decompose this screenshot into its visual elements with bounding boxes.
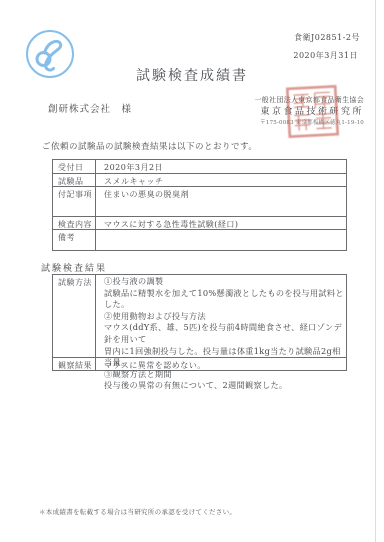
row-value: スメルキャッチ (96, 174, 346, 186)
table-row: 観察結果 マウスに異常を認めない。 (53, 357, 346, 370)
method-line: マウス(ddY系、雄、5匹)を投与前4時間絶食させ、経口ゾンデ針を用いて (104, 322, 346, 345)
table-row: 検査内容 マウスに対する急性毒性試験(経口) (53, 216, 346, 229)
method-line: ①投与液の調製 (104, 276, 346, 288)
row-label: 備考 (53, 230, 96, 250)
row-label: 試験方法 (53, 275, 96, 357)
method-line: ②使用動物および投与方法 (104, 311, 346, 323)
table-row: 試験方法 ①投与液の調製 試験品に精製水を加えて10%懸濁液としたものを投与用試… (53, 275, 346, 357)
issue-date: 2020年3月31日 (293, 50, 358, 61)
table-row: 備考 (53, 229, 346, 250)
method-line: 試験品に精製水を加えて10%懸濁液としたものを投与用試料とした。 (104, 288, 346, 311)
row-value: 住まいの悪臭の脱臭剤 (96, 187, 346, 216)
table-row: 受付日 2020年3月2日 (53, 160, 346, 173)
method-line: 投与後の異常の有無について、2週間観察した。 (104, 380, 346, 392)
results-table: 試験方法 ①投与液の調製 試験品に精製水を加えて10%懸濁液としたものを投与用試… (52, 274, 347, 371)
footnote: ＊本成績書を転載する場合は当研究所の承認を受けてください。 (39, 507, 236, 516)
method-description: ①投与液の調製 試験品に精製水を加えて10%懸濁液としたものを投与用試料とした。… (96, 275, 346, 357)
intro-line: ご依頼の試験品の試験検査結果は以下のとおりです。 (42, 140, 257, 152)
row-value: マウスに対する急性毒性試験(経口) (96, 217, 346, 229)
row-label: 付記事項 (53, 187, 96, 216)
observation-result: マウスに異常を認めない。 (96, 358, 346, 370)
sample-info-table: 受付日 2020年3月2日 試験品 スメルキャッチ 付記事項 住まいの悪臭の脱臭… (52, 159, 347, 251)
row-label: 受付日 (53, 160, 96, 173)
table-row: 付記事項 住まいの悪臭の脱臭剤 (53, 186, 346, 216)
row-label: 観察結果 (53, 358, 96, 370)
page-title: 試験検査成績書 (0, 65, 384, 85)
row-label: 試験品 (53, 174, 96, 186)
red-square-seal-stamp-icon (286, 85, 340, 139)
table-row: 試験品 スメルキャッチ (53, 173, 346, 186)
document-number: 食衛J02851-2号 (294, 32, 360, 43)
row-label: 検査内容 (53, 217, 96, 229)
row-value: 2020年3月2日 (96, 160, 346, 173)
certificate-page: 食衛J02851-2号 2020年3月31日 試験検査成績書 創研株式会社 様 … (0, 0, 384, 542)
results-section-heading: 試験検査結果 (41, 261, 107, 274)
row-value (96, 230, 346, 250)
addressee: 創研株式会社 様 (48, 101, 132, 115)
